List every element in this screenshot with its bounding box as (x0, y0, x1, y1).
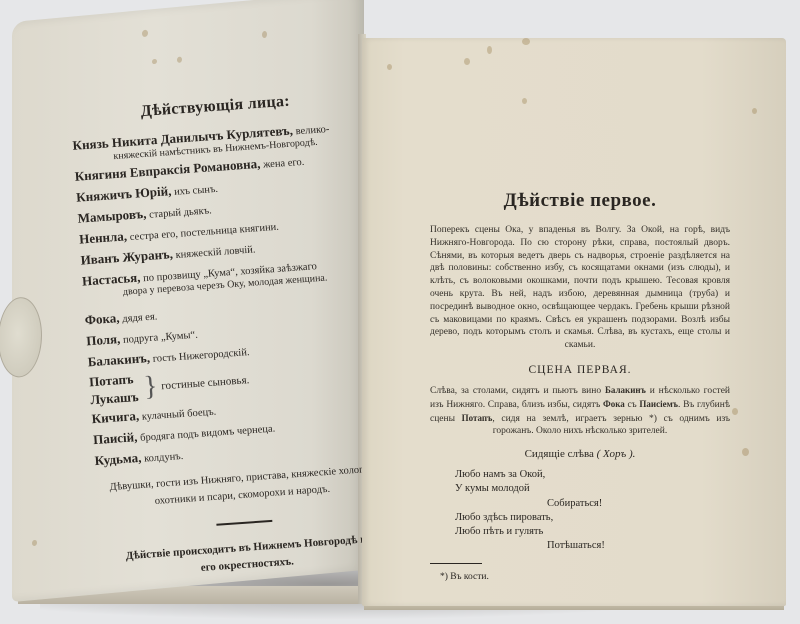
character-name: Княжичъ Юрій, (76, 183, 172, 205)
character-desc: старый дьякъ. (149, 205, 212, 220)
foxing-spot (464, 58, 470, 65)
character-desc: кулачный боецъ. (142, 407, 217, 423)
character-name: Поля, (86, 331, 121, 348)
foxing-spot (732, 408, 738, 415)
foxing-spot (387, 64, 392, 70)
foxing-spot (152, 59, 157, 64)
scene-title: СЦЕНА ПЕРВАЯ. (430, 364, 730, 376)
foxing-spot (522, 38, 530, 45)
character-name: Фока, (84, 310, 120, 327)
character-name: Кичига, (91, 408, 139, 426)
character-name: Фока (603, 399, 625, 409)
footnote: *) Въ кости. (430, 572, 730, 582)
character-desc: гостиные сыновья. (161, 374, 250, 392)
character-desc: ихъ сынъ. (174, 184, 219, 198)
foxing-spot (32, 540, 37, 546)
foxing-spot (742, 448, 749, 456)
foxing-spot (522, 98, 527, 104)
verse-line: Собираться! (455, 497, 730, 511)
chorus-note: ( Хоръ ). (597, 448, 636, 460)
stage-direction: Поперекъ сцены Ока, у впаденья въ Волгу.… (430, 224, 730, 352)
character-name: Иванъ Журанъ, (80, 246, 173, 267)
foxing-spot (177, 57, 182, 63)
foxing-spot (142, 30, 148, 38)
cast-list: Дѣйствующія лица: Князь Никита Данилычъ … (70, 88, 393, 584)
verse-line: Любо пѣть и гулять (455, 525, 730, 539)
footnote-rule (430, 563, 482, 564)
character-name: Балакинъ (605, 385, 646, 395)
verse-line: У кумы молодой (455, 482, 730, 496)
page-tab (0, 295, 42, 379)
character-name: Неннла, (79, 228, 128, 246)
character-name: Потапъ (462, 413, 493, 423)
character-desc: дядя ея. (122, 311, 158, 324)
verse-line: Потѣшаться! (455, 539, 730, 553)
character-name: Балакинъ, (87, 350, 150, 369)
divider-rule (216, 520, 272, 526)
act-title: Дѣйствіе первое. (430, 190, 730, 212)
character-desc: княжескій ловчій. (175, 244, 256, 261)
chorus-heading: Сидящіе слѣва ( Хоръ ). (430, 448, 730, 460)
foxing-spot (752, 108, 757, 114)
scene-direction-text: съ (625, 400, 640, 410)
character-desc: подруга „Кумы“. (123, 330, 198, 346)
scene-direction-text: Слѣва, за столами, сидятъ и пьютъ вино (430, 386, 605, 396)
character-name: Кудьма, (94, 450, 142, 468)
brace-glyph: } (143, 373, 158, 402)
verse-block: Любо намъ за Окой, У кумы молодой Собира… (455, 468, 730, 553)
character-name: Паисій, (93, 429, 138, 447)
foxing-spot (262, 31, 267, 38)
character-name: Паисіемъ (639, 399, 678, 409)
character-desc: колдунъ. (144, 451, 184, 465)
scene-direction: Слѣва, за столами, сидятъ и пьютъ вино Б… (430, 384, 730, 438)
foxing-spot (487, 46, 492, 54)
character-name: Мамыровъ, (77, 206, 147, 226)
verse-line: Любо здѣсь пировать, (455, 511, 730, 525)
character-desc: гость Нижегородскій. (152, 347, 249, 365)
character-desc: жена его. (263, 157, 305, 171)
scene-direction-text: , сидя на землѣ, играетъ зернью *) съ од… (492, 414, 730, 437)
act-one-text: Дѣйствіе первое. Поперекъ сцены Ока, у в… (430, 190, 730, 582)
chorus-speaker: Сидящіе слѣва (525, 448, 594, 460)
verse-line: Любо намъ за Окой, (455, 468, 730, 482)
